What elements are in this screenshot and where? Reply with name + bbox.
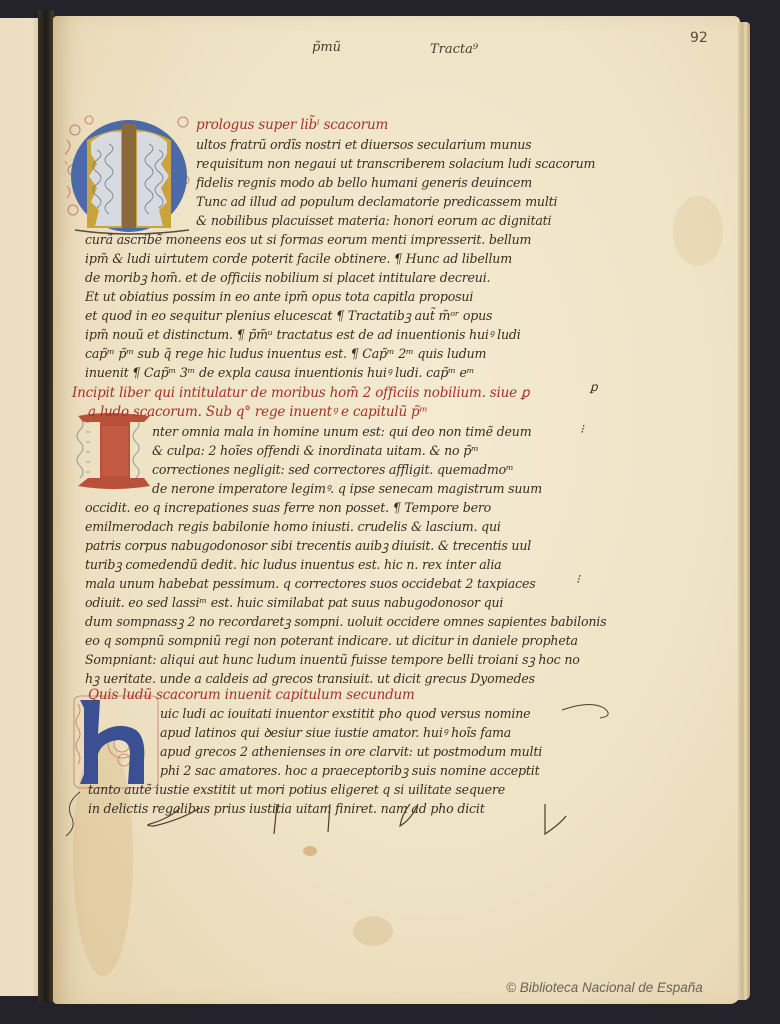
running-header-center: Tracta⁹ (430, 42, 478, 57)
illuminated-initial-i-icon (74, 412, 154, 492)
running-header-left: p̃mũ (312, 40, 341, 55)
text-line: dum sompnassꝫ 2 no recordaretꝫ sompni. u… (85, 615, 606, 629)
text-line: ultos fratrũ ordĩs nostri et diuersos se… (196, 138, 531, 152)
folio-number: 92 (690, 30, 708, 46)
text-line: requisitum non negaui ut transcriberem s… (196, 157, 595, 171)
rubric-heading: Incipit liber qui intitulatur de moribus… (72, 386, 529, 400)
text-line: de moribꝫ hom̃. et de officiis nobilium … (85, 271, 490, 285)
text-line: & culpa: 2 hoĩes offendi & inordinata ui… (152, 444, 479, 458)
text-line: inuenit ¶ Cap̃ᵐ 3ᵐ de expla causa inuent… (85, 366, 474, 380)
text-line: emilmerodach regis babilonie homo iniust… (85, 520, 501, 534)
rubric-heading: prologus super lib̃ⁱ scacorum (196, 118, 388, 132)
margin-flourish-icon (62, 790, 92, 840)
text-line: de nerone imperatore legimꝰ. q ipse sene… (152, 482, 542, 496)
text-line: apud grecos 2 athenienses in ore clarvit… (160, 745, 542, 759)
text-line: hꝫ ueritate. unde a caldeis ad grecos tr… (85, 672, 535, 686)
text-line: odiuit. eo sed lassiᵐ est. huic similaba… (85, 596, 503, 610)
illuminated-initial-m-icon (65, 110, 193, 238)
text-line: Tunc ad illud ad populum declamatorie pr… (196, 195, 557, 209)
line-end-flourish-icon (560, 700, 620, 730)
margin-mark: ꝑ (590, 380, 598, 394)
text-line: uic ludi ac iouitati inuentor exstitit p… (160, 707, 530, 721)
margin-mark: ⁝ (580, 422, 584, 436)
text-line: mala unum habebat pessimum. q correctore… (85, 577, 535, 591)
text-line: patris corpus nabugodonosor sibi trecent… (85, 539, 531, 553)
text-line: Sompniant: aliqui aut hunc ludum inuentũ… (85, 653, 580, 667)
text-line: ipm̃ & ludi uirtutem corde poterit facil… (85, 252, 512, 266)
page-edges (738, 22, 750, 1000)
text-line: Et ut obiatius possim in eo ante ipm̃ op… (85, 290, 473, 304)
copyright-watermark: © Biblioteca Nacional de España (506, 980, 703, 995)
text-line: correctiones negligit: sed correctores a… (152, 463, 514, 477)
text-line: ipm̃ nouũ et distinctum. ¶ p̃m̃ᵘ tractat… (85, 328, 521, 342)
rubric-heading-continued: a ludo scacorum. Sub q° rege inuentꝰ e c… (88, 405, 428, 419)
text-line: turibꝫ comedendũ dedit. hic ludus inuent… (85, 558, 501, 572)
text-line: curã ascribẽ moneens eos ut si formas eo… (85, 233, 531, 247)
text-line: et quod in eo sequitur plenius elucescat… (85, 309, 492, 323)
text-line: occidit. eo q increpationes suas ferre n… (85, 501, 491, 515)
text-line: tanto autẽ iustie exstitit ut mori potiu… (88, 783, 505, 797)
facing-page (0, 18, 40, 996)
descender-flourishes-icon (140, 800, 620, 860)
text-line: cap̃ᵐ p̃ᵐ sub q̃ rege hic ludus inuentus… (85, 347, 486, 361)
margin-mark: ⁝ (576, 572, 580, 586)
text-line: phi 2 sac amatores. hoc a praeceptoribꝫ … (160, 764, 539, 778)
text-line: nter omnia mala in homine unum est: qui … (152, 425, 531, 439)
rubric-heading: Quis ludũ scacorum inuenit capitulum sec… (88, 688, 415, 702)
text-line: apud latinos qui ꝺesiur siue iustie amat… (160, 726, 511, 740)
text-line: eo q sompnũ sompniũ regi non poterant in… (85, 634, 578, 648)
illuminated-initial-h-icon (72, 694, 160, 790)
text-line: & nobilibus placuisset materia: honori e… (196, 214, 551, 228)
text-line: fidelis regnis modo ab bello humani gene… (196, 176, 532, 190)
book-gutter (38, 10, 54, 1002)
